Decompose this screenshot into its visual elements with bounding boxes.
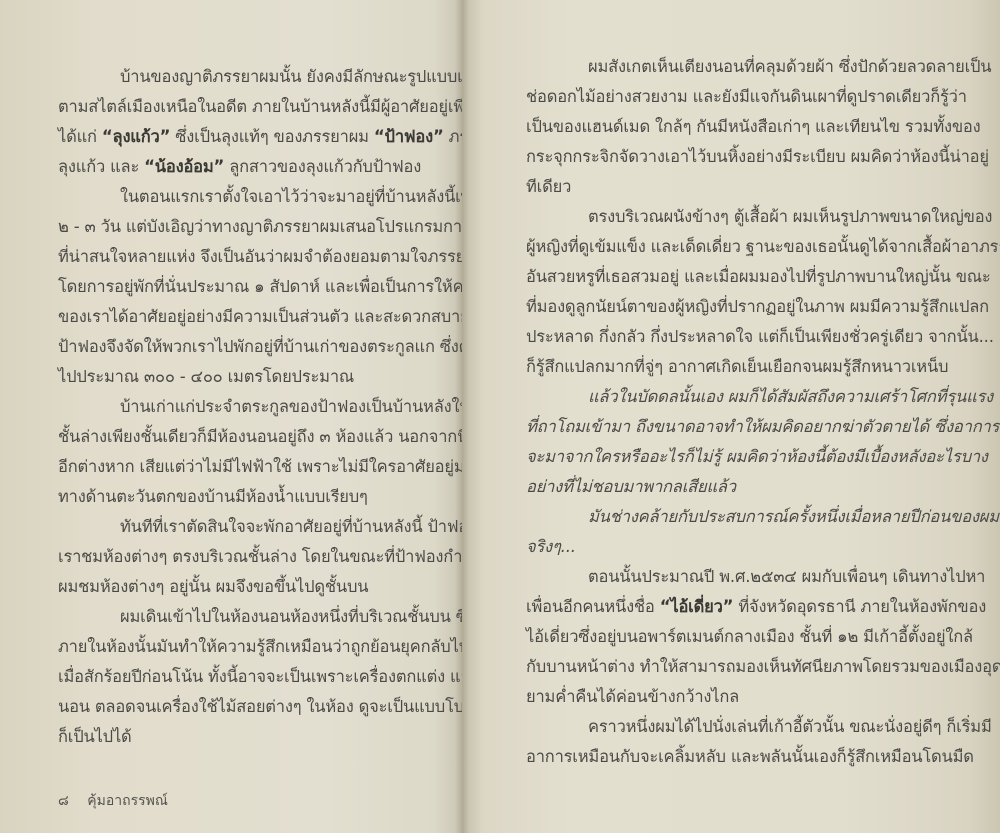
text-line: ทีเดียว	[526, 172, 1000, 202]
character-name: “ลุงแก้ว”	[102, 127, 170, 146]
text-line: ไอ้เดี่ยวซึ่งอยู่บนอพาร์ตเมนต์กลางเมือง …	[526, 622, 1000, 652]
left-page-footer: ๘ คุ้มอาถรรพณ์	[58, 790, 182, 812]
text-line: แล้วในบัดดลนั้นเอง ผมก็ได้สัมผัสถึงความเ…	[526, 382, 1000, 412]
text-line: ช่อดอกไม้อย่างสวยงาม และยังมีแจกันดินเผา…	[526, 82, 1000, 112]
text-line: ประหลาด กึ่งกลัว กึ่งประหลาดใจ แต่ก็เป็น…	[526, 322, 1000, 352]
character-name: “ป้าฟอง”	[374, 127, 444, 146]
text-line: อย่างที่ไม่ชอบมาพากลเสียแล้ว	[526, 472, 1000, 502]
left-running-title: คุ้มอาถรรพณ์	[87, 793, 168, 809]
left-page-number: ๘	[58, 793, 69, 809]
text-line: ยามค่ำคืนได้ค่อนข้างกว้างไกล	[526, 682, 1000, 712]
text-line: ก็รู้สึกแปลกมากที่จู่ๆ อากาศเกิดเย็นเยือ…	[526, 352, 1000, 382]
text-line: อันสวยหรูที่เธอสวมอยู่ และเมื่อผมมองไปที…	[526, 262, 1000, 292]
text-line: กับบานหน้าต่าง ทำให้สามารถมองเห็นทัศนียภ…	[526, 652, 1000, 682]
book-gutter	[455, 0, 469, 833]
text-line: เป็นของแฮนด์เมด ใกล้ๆ กันมีหนังสือเก่าๆ …	[526, 112, 1000, 142]
book-spread: บ้านของญาติภรรยาผมนั้น ยังคงมีลักษณะรูปแ…	[0, 0, 1000, 833]
text-line: จริงๆ...	[526, 532, 1000, 562]
text-line: อาการเหมือนกับจะเคลิ้มหลับ และพลันนั้นเอ…	[526, 742, 1000, 772]
text-line: ที่ถาโถมเข้ามา ถึงขนาดอาจทำให้ผมคิดอยากฆ…	[526, 412, 1000, 442]
text-line: มันช่างคล้ายกับประสบการณ์ครั้งหนึ่งเมื่อ…	[526, 502, 1000, 532]
text-line: ที่มองดูลูกนัยน์ตาของผู้หญิงที่ปรากฏอยู่…	[526, 292, 1000, 322]
character-name: “น้องอ้อม”	[144, 157, 224, 176]
left-page: บ้านของญาติภรรยาผมนั้น ยังคงมีลักษณะรูปแ…	[0, 0, 462, 833]
text-line: กระจุกกระจิกจัดวางเอาไว้บนหิ้งอย่างมีระเ…	[526, 142, 1000, 172]
text-line: ผมสังเกตเห็นเตียงนอนที่คลุมด้วยผ้า ซึ่งป…	[526, 52, 1000, 82]
right-page-body: ผมสังเกตเห็นเตียงนอนที่คลุมด้วยผ้า ซึ่งป…	[526, 52, 1000, 772]
character-name: “ไอ้เดี่ยว”	[660, 597, 734, 616]
text-line: คราวหนึ่งผมได้ไปนั่งเล่นที่เก้าอี้ตัวนั้…	[526, 712, 1000, 742]
text-line: ตอนนั้นประมาณปี พ.ศ.๒๕๓๔ ผมกับเพื่อนๆ เด…	[526, 562, 1000, 592]
text-line: เพื่อนอีกคนหนึ่งชื่อ “ไอ้เดี่ยว” ที่จังห…	[526, 592, 1000, 622]
text-line: ผู้หญิงที่ดูเข้มแข็ง และเด็ดเดี่ยว ฐานะข…	[526, 232, 1000, 262]
text-line: ตรงบริเวณผนังข้างๆ ตู้เสื้อผ้า ผมเห็นรูป…	[526, 202, 1000, 232]
text-line: จะมาจากใครหรืออะไรก็ไม่รู้ ผมคิดว่าห้องน…	[526, 442, 1000, 472]
